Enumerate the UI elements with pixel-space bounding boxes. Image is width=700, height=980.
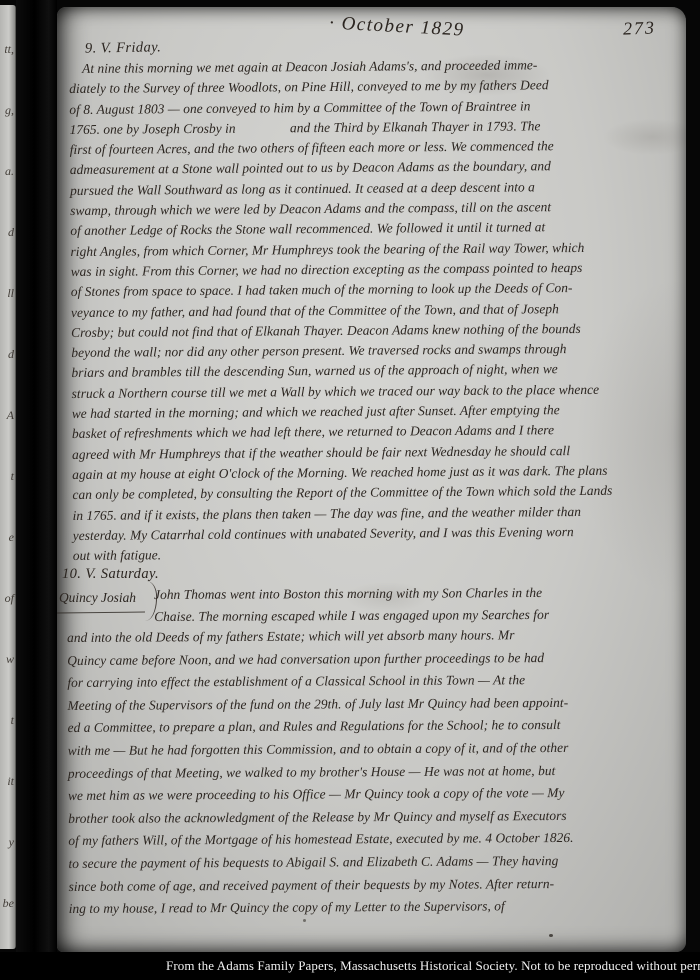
entry-heading: 10. V. Saturday. bbox=[62, 567, 159, 583]
manuscript-line: John Thomas went into Boston this mornin… bbox=[154, 581, 682, 606]
ink-fragment: ll bbox=[0, 263, 16, 324]
facing-page-ink-fragments: tt,g,a.dlldAteofwtitybe bbox=[0, 19, 16, 934]
credit-text: From the Adams Family Papers, Massachuse… bbox=[166, 958, 700, 974]
ink-fragment: a. bbox=[0, 141, 16, 202]
entry-body: and into the old Deeds of my fathers Est… bbox=[67, 623, 685, 920]
book-gutter bbox=[16, 0, 57, 980]
ink-fragment: d bbox=[0, 324, 16, 385]
facing-page-edge: tt,g,a.dlldAteofwtitybe bbox=[0, 5, 16, 949]
ink-fragment: t bbox=[0, 446, 16, 507]
page-header-date: · October 1829 bbox=[329, 13, 465, 41]
ink-blot bbox=[549, 934, 553, 937]
entry-body: At nine this morning we met again at Dea… bbox=[69, 54, 686, 566]
credit-footer: From the Adams Family Papers, Massachuse… bbox=[0, 952, 700, 980]
ink-fragment: t bbox=[0, 690, 16, 751]
ink-blot bbox=[303, 919, 306, 922]
ink-fragment: A bbox=[0, 385, 16, 446]
page-number: 273 bbox=[623, 18, 657, 39]
ink-fragment: y bbox=[0, 812, 16, 873]
entry-heading: 9. V. Friday. bbox=[85, 40, 162, 57]
manuscript-line: ing to my house, I read to Mr Quincy the… bbox=[69, 894, 685, 920]
ink-fragment: be bbox=[0, 873, 16, 934]
ink-fragment: e bbox=[0, 507, 16, 568]
ink-fragment: g, bbox=[0, 80, 16, 141]
ink-fragment: tt, bbox=[0, 19, 16, 80]
ink-fragment: it bbox=[0, 751, 16, 812]
ink-fragment: of bbox=[0, 568, 16, 629]
entry-intro-lines: John Thomas went into Boston this mornin… bbox=[154, 581, 682, 629]
manuscript-page: · October 1829 273 9. V. Friday. At nine… bbox=[57, 7, 686, 952]
ink-fragment: w bbox=[0, 629, 16, 690]
margin-note: Quincy Josiah bbox=[59, 590, 143, 606]
manuscript-photo: tt,g,a.dlldAteofwtitybe · October 1829 2… bbox=[0, 0, 700, 980]
ink-fragment: d bbox=[0, 202, 16, 263]
